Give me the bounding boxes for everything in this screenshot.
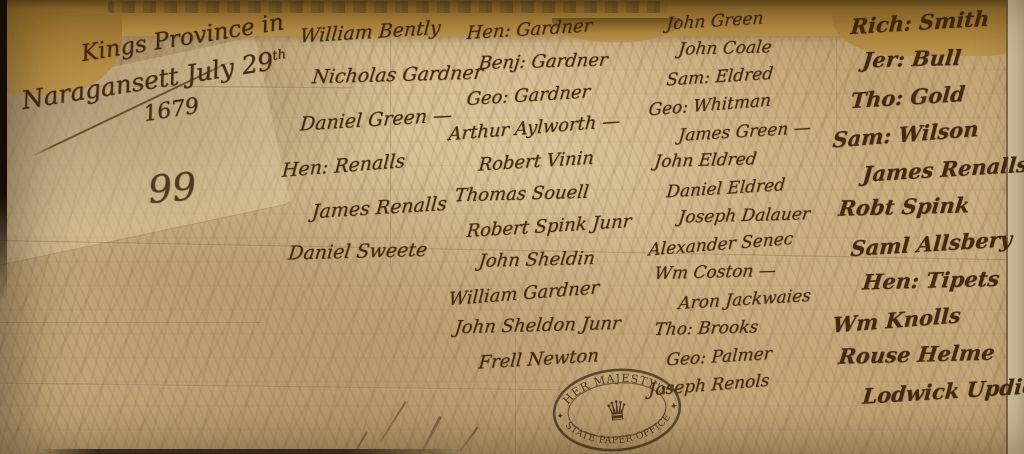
star-icon: ✦ [670, 402, 679, 413]
manuscript-page: Kings Province in Naragansett July 29th … [0, 0, 1024, 454]
signature-column-3: John GreenJohn CoaleSam: EldredGeo: Whit… [652, 10, 811, 402]
star-icon: ✦ [556, 412, 565, 423]
signature: Rouse Helme [836, 338, 1024, 381]
page-edge-left [0, 0, 7, 300]
signature-column-4: Rich: SmithJer: BullTho: GoldSam: Wilson… [836, 8, 1024, 415]
page-number: 99 [146, 164, 198, 212]
crown-icon: ♛ [604, 395, 631, 428]
signature-column-2: Hen: GardnerBenj: GardnerGeo: GardnerArt… [452, 18, 631, 381]
crease-line [0, 322, 262, 324]
ghost-writing-strip [108, 1, 668, 13]
state-paper-office-stamp: HER MAJESTY'S STATE PAPER OFFICE ♛ ✦ ✦ [545, 360, 688, 454]
page-edge-bottom [36, 449, 466, 454]
